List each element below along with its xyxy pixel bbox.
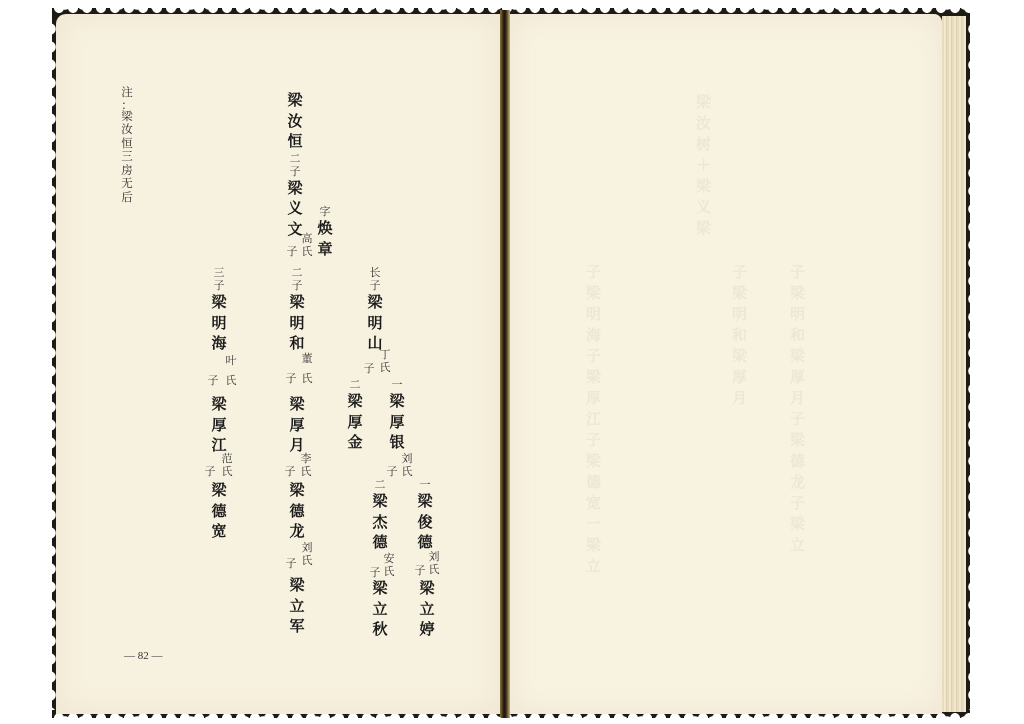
patriarch-column: 梁 汝 恒 二 子 梁 义 文 bbox=[286, 90, 304, 239]
patriarch-sons-label: 子 bbox=[283, 245, 301, 258]
relation-ordinal: 子 bbox=[286, 165, 304, 178]
courtesy-name: 章 bbox=[316, 239, 334, 260]
show-through-text: 子梁明海子梁厚江子梁德宽一梁立 bbox=[586, 262, 601, 577]
grandchild-one: 一 梁 俊 德 bbox=[416, 478, 434, 553]
branch-second-grandchild-sons-label: 子 bbox=[282, 557, 300, 570]
person-name: 梁 bbox=[371, 491, 389, 512]
wife-char: 刘 bbox=[425, 550, 443, 563]
branch-second-grandchild-wife: 刘 氏 bbox=[298, 541, 316, 567]
person-name: 梁 bbox=[288, 575, 306, 596]
person-name: 厚 bbox=[388, 412, 406, 433]
sons-label: 子 bbox=[281, 465, 299, 478]
son-name: 义 bbox=[286, 198, 304, 219]
ordinal: 子 bbox=[288, 279, 306, 292]
person-name: 梁 bbox=[366, 292, 384, 313]
branch-third-child-wife: 范 氏 bbox=[218, 452, 236, 478]
branch-first-sons-label: 子 bbox=[360, 362, 378, 375]
sons-label: 子 bbox=[383, 465, 401, 478]
person-name: 厚 bbox=[288, 415, 306, 436]
person-name: 德 bbox=[371, 532, 389, 553]
book-spine bbox=[500, 10, 510, 718]
note-char: 房 bbox=[118, 164, 136, 178]
note-char: 三 bbox=[118, 150, 136, 164]
person-name: 宽 bbox=[210, 521, 228, 542]
person-name: 梁 bbox=[288, 292, 306, 313]
branch-first-child-one: 一 梁 厚 银 bbox=[388, 378, 406, 453]
show-through-text: 梁汝树＋梁义梁 bbox=[696, 92, 711, 239]
wife-char: 氏 bbox=[218, 465, 236, 478]
branch-third-grandchild: 梁 德 宽 bbox=[210, 480, 228, 542]
note-char: 汝 bbox=[118, 123, 136, 137]
relation-ordinal: 二 bbox=[286, 152, 304, 165]
note-char: 后 bbox=[118, 191, 136, 205]
branch-third-column: 三 子 梁 明 海 bbox=[210, 266, 228, 354]
branch-second-column: 二 子 梁 明 和 bbox=[288, 266, 306, 354]
branch-third-child-sons-label: 子 bbox=[201, 465, 219, 478]
person-name: 明 bbox=[366, 313, 384, 334]
patriarch-name: 汝 bbox=[286, 111, 304, 132]
person-name: 厚 bbox=[210, 415, 228, 436]
person-name: 金 bbox=[346, 432, 364, 453]
ordinal: 二 bbox=[346, 378, 364, 391]
person-name: 杰 bbox=[371, 512, 389, 533]
note-colon: ： bbox=[118, 100, 136, 110]
person-name: 龙 bbox=[288, 521, 306, 542]
person-name: 梁 bbox=[416, 491, 434, 512]
wife-char: 李 bbox=[297, 452, 315, 465]
wife-char: 丁 bbox=[376, 348, 394, 361]
ordinal: 三 bbox=[210, 266, 228, 279]
note-column: 注 ： 梁 汝 恒 三 房 无 后 bbox=[118, 86, 136, 204]
branch-second-grandchild: 梁 德 龙 bbox=[288, 480, 306, 542]
courtesy-label: 字 bbox=[316, 205, 334, 218]
person-name: 厚 bbox=[346, 412, 364, 433]
wife-char: 氏 bbox=[298, 372, 316, 385]
ordinal: 子 bbox=[366, 279, 384, 292]
wife-char: 安 bbox=[380, 552, 398, 565]
wife-char: 叶 bbox=[222, 354, 240, 367]
ordinal: 长 bbox=[366, 266, 384, 279]
person-name: 婷 bbox=[418, 619, 436, 640]
person-name: 立 bbox=[371, 599, 389, 620]
branch-second-wife: 董 氏 bbox=[298, 352, 316, 385]
branch-first-column: 长 子 梁 明 山 bbox=[366, 266, 384, 354]
person-name: 梁 bbox=[210, 480, 228, 501]
ordinal: 子 bbox=[210, 279, 228, 292]
ordinal: 一 bbox=[416, 478, 434, 491]
patriarch-surname: 梁 bbox=[286, 90, 304, 111]
branch-second-great-grandchild: 梁 立 军 bbox=[288, 575, 306, 637]
perforation-top bbox=[56, 4, 966, 16]
person-name: 俊 bbox=[416, 512, 434, 533]
sons-label: 子 bbox=[411, 564, 429, 577]
grandchild-two-child: 梁 立 秋 bbox=[371, 578, 389, 640]
branch-third-sons-label: 子 bbox=[204, 374, 222, 387]
person-name: 海 bbox=[210, 333, 228, 354]
grandchild-one-child: 梁 立 婷 bbox=[418, 578, 436, 640]
right-page bbox=[510, 14, 942, 714]
child-one-sons-label: 子 bbox=[383, 465, 401, 478]
wife-char: 氏 bbox=[222, 374, 240, 387]
perforation-right bbox=[962, 20, 974, 710]
person-name: 银 bbox=[388, 432, 406, 453]
ordinal: 一 bbox=[388, 378, 406, 391]
wife-char: 范 bbox=[218, 452, 236, 465]
note-char: 梁 bbox=[118, 110, 136, 124]
person-name: 秋 bbox=[371, 619, 389, 640]
sons-label: 子 bbox=[204, 374, 222, 387]
branch-second-sons-label: 子 bbox=[282, 372, 300, 385]
branch-third-child: 梁 厚 江 bbox=[210, 394, 228, 456]
grandchild-one-sons-label: 子 bbox=[411, 564, 429, 577]
courtesy-name-column: 字 焕 章 bbox=[316, 205, 334, 259]
show-through-text: 子梁明和梁厚月子梁德龙子梁立 bbox=[790, 262, 805, 556]
wife-char: 董 bbox=[298, 352, 316, 365]
person-name: 梁 bbox=[418, 578, 436, 599]
branch-second-child-sons-label: 子 bbox=[281, 465, 299, 478]
person-name: 明 bbox=[288, 313, 306, 334]
branch-first-wife: 丁 氏 bbox=[376, 348, 394, 374]
wife-char: 刘 bbox=[298, 541, 316, 554]
sons-label: 子 bbox=[282, 557, 300, 570]
perforation-left bbox=[50, 20, 62, 710]
note-char: 恒 bbox=[118, 137, 136, 151]
perforation-bottom bbox=[56, 710, 966, 722]
sons-label: 子 bbox=[282, 372, 300, 385]
person-name: 立 bbox=[418, 599, 436, 620]
ordinal: 二 bbox=[288, 266, 306, 279]
person-name: 梁 bbox=[288, 394, 306, 415]
person-name: 梁 bbox=[288, 480, 306, 501]
branch-third-wife: 叶 氏 bbox=[222, 354, 240, 387]
person-name: 立 bbox=[288, 596, 306, 617]
branch-second-child: 梁 厚 月 bbox=[288, 394, 306, 456]
sons-label: 子 bbox=[201, 465, 219, 478]
wife-char: 氏 bbox=[297, 465, 315, 478]
person-name: 军 bbox=[288, 616, 306, 637]
son-name: 梁 bbox=[286, 178, 304, 199]
person-name: 和 bbox=[288, 333, 306, 354]
ordinal: 二 bbox=[371, 478, 389, 491]
wife-char: 氏 bbox=[376, 361, 394, 374]
page-number: — 82 — bbox=[124, 650, 163, 662]
person-name: 明 bbox=[210, 313, 228, 334]
sons-label: 子 bbox=[360, 362, 378, 375]
person-name: 梁 bbox=[210, 394, 228, 415]
show-through-text: 子梁明和梁厚月 bbox=[732, 262, 747, 409]
wife-char: 高 bbox=[298, 232, 316, 245]
person-name: 梁 bbox=[210, 292, 228, 313]
wife-char: 刘 bbox=[398, 452, 416, 465]
branch-second-child-wife: 李 氏 bbox=[297, 452, 315, 478]
person-name: 梁 bbox=[388, 391, 406, 412]
grandchild-two: 二 梁 杰 德 bbox=[371, 478, 389, 553]
person-name: 梁 bbox=[346, 391, 364, 412]
note-char: 无 bbox=[118, 177, 136, 191]
person-name: 德 bbox=[210, 501, 228, 522]
sons-label: 子 bbox=[283, 245, 301, 258]
patriarch-name: 恒 bbox=[286, 131, 304, 152]
person-name: 梁 bbox=[371, 578, 389, 599]
branch-first-child-two: 二 梁 厚 金 bbox=[346, 378, 364, 453]
courtesy-name: 焕 bbox=[316, 218, 334, 239]
wife-char: 氏 bbox=[298, 554, 316, 567]
person-name: 德 bbox=[288, 501, 306, 522]
